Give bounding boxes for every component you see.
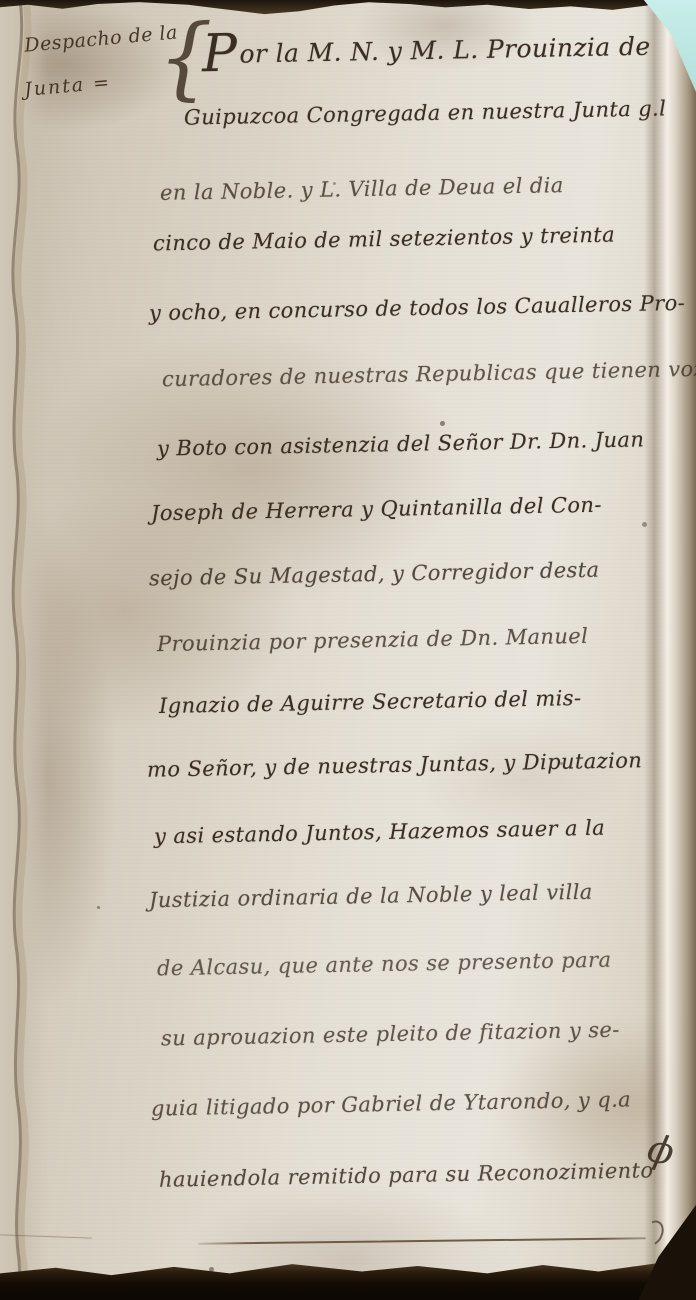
paper-crease bbox=[0, 1234, 92, 1238]
rule-end-curl bbox=[640, 1217, 668, 1248]
text-line: hauiendola remitido para su Reconozimien… bbox=[159, 1158, 654, 1191]
text-line: de Alcasu, que ante nos se presento para bbox=[157, 948, 612, 981]
pen-flourish: ϕ bbox=[644, 1126, 678, 1174]
margin-note-line1: Despacho de la bbox=[23, 21, 178, 56]
closing-rule-line bbox=[198, 1237, 646, 1244]
text-line: en la Noble. y L. Villa de Deua el dia bbox=[160, 173, 564, 205]
manuscript-text-layer: Despacho de la Junta = { Por la M. N. y … bbox=[0, 0, 696, 1300]
text-line: y Boto con asistenzia del Señor Dr. Dn. … bbox=[157, 427, 645, 460]
text-line: curadores de nuestras Republicas que tie… bbox=[162, 357, 696, 391]
text-line: y asi estando Juntos, Hazemos sauer a la bbox=[154, 816, 605, 849]
text-line-content: or la M. N. y M. L. Prouinzia de bbox=[239, 32, 651, 69]
text-line: y ocho, en concurso de todos los Caualle… bbox=[149, 291, 686, 325]
text-line: Prouinzia por presenzia de Dn. Manuel bbox=[157, 624, 589, 656]
text-line: sejo de Su Magestad, y Corregidor desta bbox=[149, 558, 600, 591]
text-line: su aprouazion este pleito de fitazion y … bbox=[161, 1018, 620, 1051]
decorated-initial: P bbox=[201, 24, 238, 85]
text-line: Ignazio de Aguirre Secretario del mis- bbox=[159, 686, 582, 718]
text-line: cinco de Maio de mil setezientos y trein… bbox=[153, 223, 615, 256]
text-line: Joseph de Herrera y Quintanilla del Con- bbox=[151, 493, 602, 526]
manuscript-scan: Despacho de la Junta = { Por la M. N. y … bbox=[0, 0, 696, 1300]
text-line: Guipuzcoa Congregada en nuestra Junta g.… bbox=[184, 96, 667, 129]
text-line: Por la M. N. y M. L. Prouinzia de bbox=[202, 32, 651, 70]
text-line: mo Señor, y de nuestras Juntas, y Diputa… bbox=[147, 748, 643, 782]
text-line: guia litigado por Gabriel de Ytarondo, y… bbox=[151, 1087, 631, 1120]
text-line: Justizia ordinaria de la Noble y leal vi… bbox=[149, 880, 593, 913]
